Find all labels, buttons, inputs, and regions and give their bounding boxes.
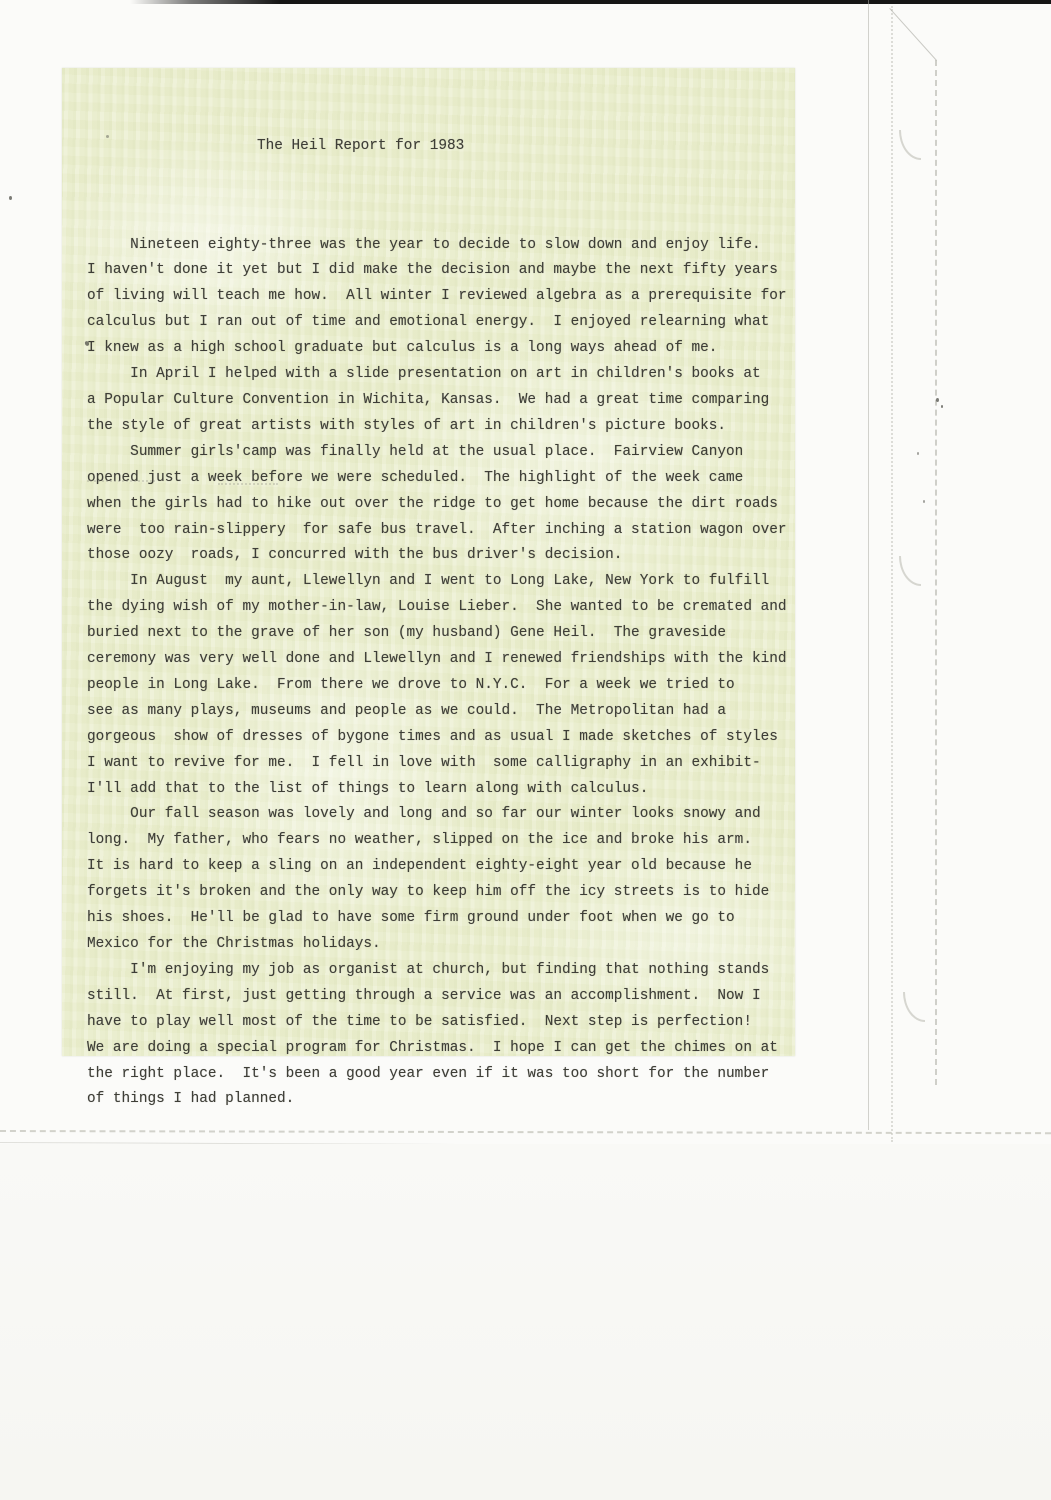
text-line: In April I helped with a slide presentat… [87, 362, 792, 388]
text-line: calculus but I ran out of time and emoti… [87, 310, 792, 336]
text-line: of things I had planned. [87, 1087, 792, 1113]
sleeve-reflection-mark [899, 556, 921, 586]
sleeve-reflection-mark [899, 130, 921, 160]
text-line: In August my aunt, Llewellyn and I went … [87, 569, 792, 595]
text-line: I want to revive for me. I fell in love … [87, 751, 792, 777]
letter-paper: The Heil Report for 1983 Nineteen eighty… [62, 68, 795, 1056]
text-line: Nineteen eighty-three was the year to de… [87, 233, 792, 259]
text-line: Summer girls'camp was finally held at th… [87, 440, 792, 466]
text-line: the style of great artists with styles o… [87, 414, 792, 440]
text-line: opened just a week before we were schedu… [87, 466, 792, 492]
text-line: the right place. It's been a good year e… [87, 1062, 792, 1088]
text-line: his shoes. He'll be glad to have some fi… [87, 906, 792, 932]
sleeve-stitch-line [935, 60, 937, 1085]
scanned-page: The Heil Report for 1983 Nineteen eighty… [0, 0, 1051, 1500]
text-line: those oozy roads, I concurred with the b… [87, 543, 792, 569]
text-line: We are doing a special program for Chris… [87, 1036, 792, 1062]
text-line: It is hard to keep a sling on an indepen… [87, 854, 792, 880]
text-line: I'm enjoying my job as organist at churc… [87, 958, 792, 984]
text-line: still. At first, just getting through a … [87, 984, 792, 1010]
erased-text-smudge [87, 480, 155, 482]
text-line: long. My father, who fears no weather, s… [87, 828, 792, 854]
scan-artifact-speck [106, 135, 109, 138]
sleeve-reflection-mark [903, 992, 925, 1022]
text-line: were too rain-slippery for safe bus trav… [87, 518, 792, 544]
text-line: I'll add that to the list of things to l… [87, 777, 792, 803]
document-body: Nineteen eighty-three was the year to de… [87, 233, 792, 1114]
letter-text: The Heil Report for 1983 Nineteen eighty… [87, 82, 792, 1244]
scanner-background [0, 1144, 1051, 1500]
text-line: when the girls had to hike out over the … [87, 492, 792, 518]
text-line: see as many plays, museums and people as… [87, 699, 792, 725]
text-line: of living will teach me how. All winter … [87, 284, 792, 310]
document-title: The Heil Report for 1983 [257, 134, 792, 160]
scan-artifact-speck [917, 452, 919, 455]
scan-artifact-speck [9, 196, 12, 200]
text-line: have to play well most of the time to be… [87, 1010, 792, 1036]
sleeve-fold-line [868, 0, 869, 1130]
text-line: I knew as a high school graduate but cal… [87, 336, 792, 362]
text-line: forgets it's broken and the only way to … [87, 880, 792, 906]
scan-edge-top [130, 0, 1051, 4]
text-line: I haven't done it yet but I did make the… [87, 258, 792, 284]
erased-text-smudge [218, 483, 278, 485]
text-line: people in Long Lake. From there we drove… [87, 673, 792, 699]
text-line: a Popular Culture Convention in Wichita,… [87, 388, 792, 414]
text-line: buried next to the grave of her son (my … [87, 621, 792, 647]
text-line: Mexico for the Christmas holidays. [87, 932, 792, 958]
scan-artifact-speck [941, 405, 943, 408]
text-line: Our fall season was lovely and long and … [87, 802, 792, 828]
scan-artifact-speck [923, 500, 925, 503]
scan-artifact-speck [936, 398, 939, 402]
sleeve-dotted-line [891, 6, 893, 1142]
sleeve-corner-crease [889, 8, 937, 61]
text-line: gorgeous show of dresses of bygone times… [87, 725, 792, 751]
text-line: ceremony was very well done and Llewelly… [87, 647, 792, 673]
text-line: the dying wish of my mother-in-law, Loui… [87, 595, 792, 621]
